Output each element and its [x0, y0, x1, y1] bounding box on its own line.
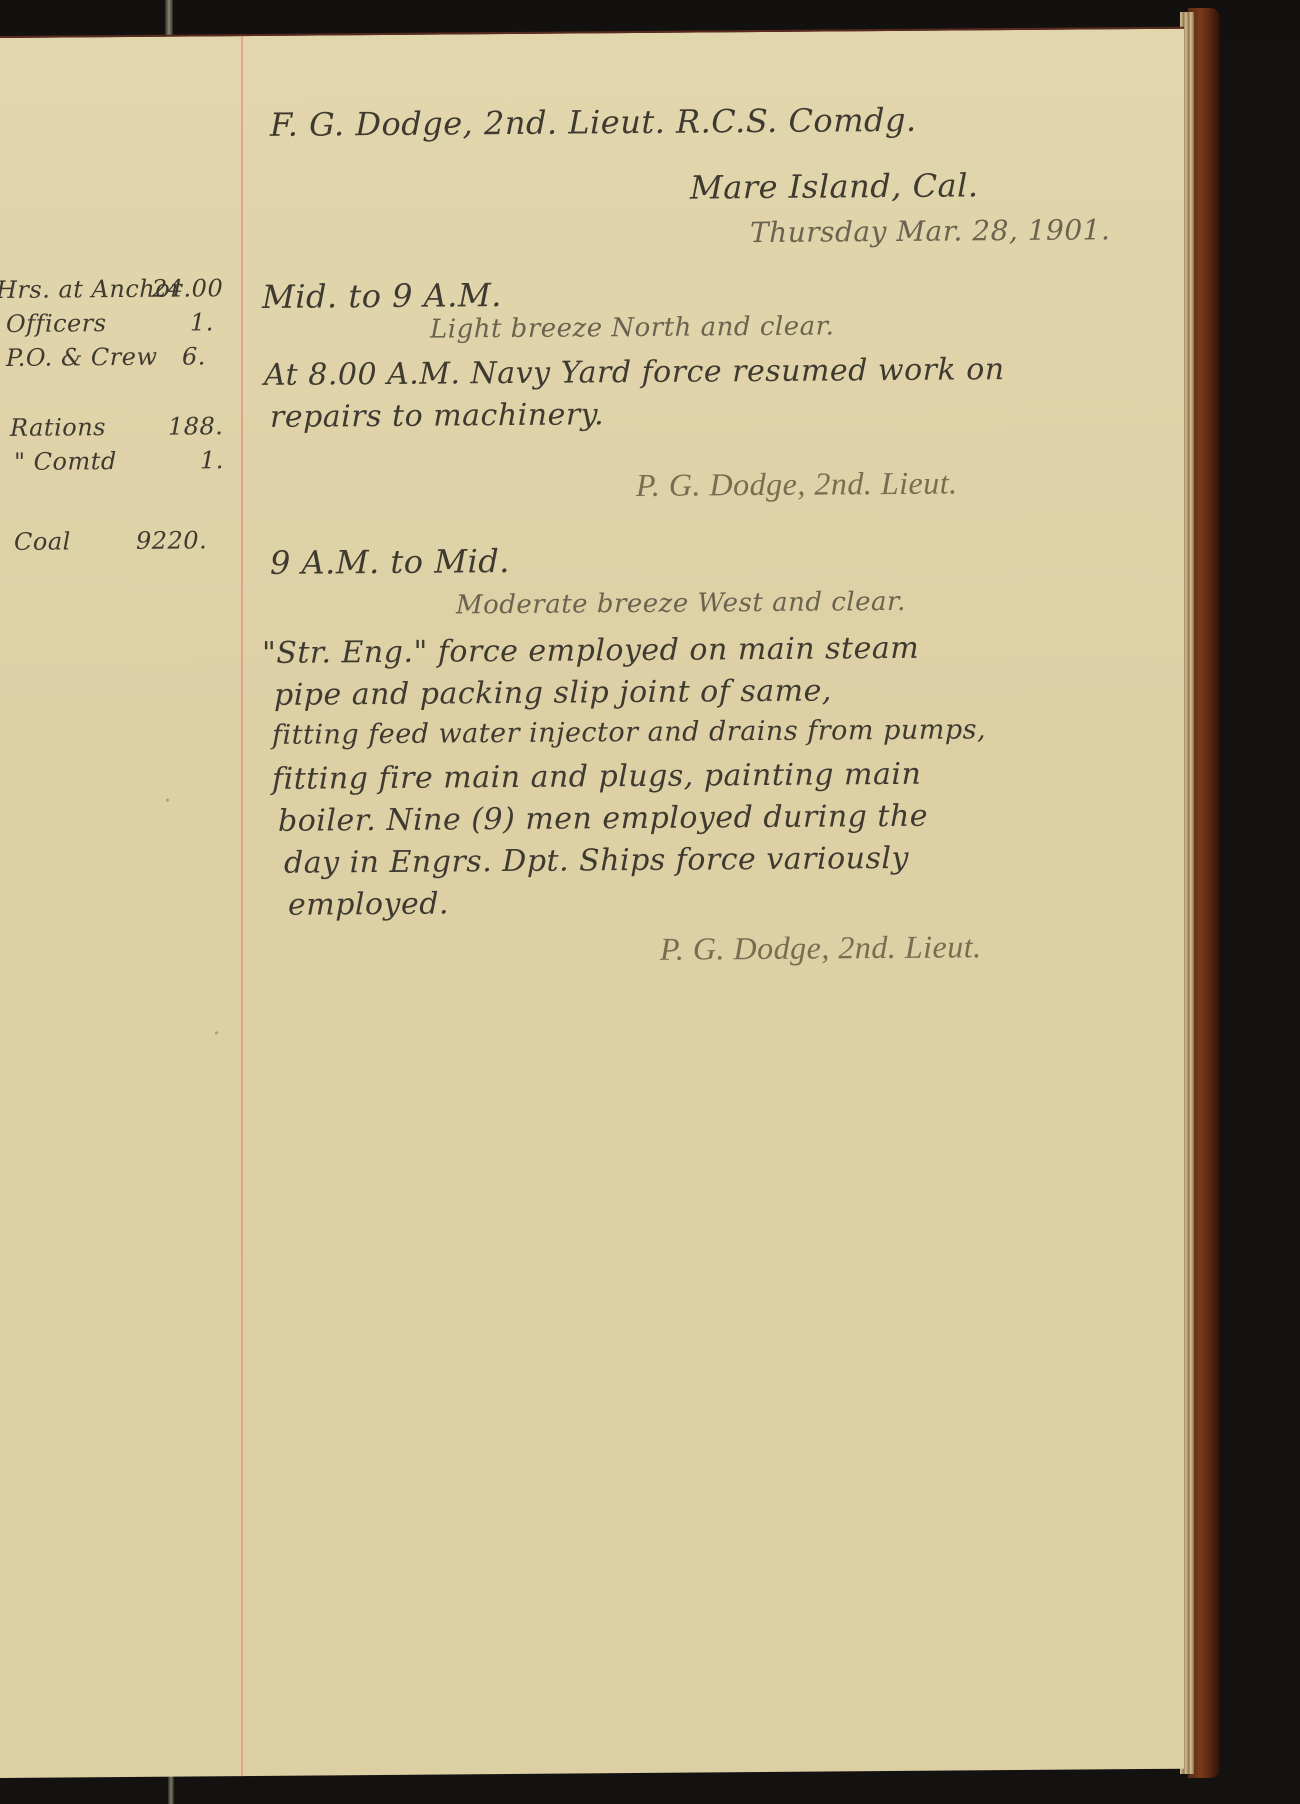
entry-watch: Mid. to 9 A.M. — [262, 276, 502, 316]
entry-line: "Str. Eng." force employed on main steam — [262, 631, 919, 671]
ledger-value-hours-at-anchor: 24.00 — [152, 274, 223, 303]
ledger-label-coal: Coal — [14, 527, 71, 555]
entry-line: fitting feed water injector and drains f… — [272, 714, 986, 751]
entry-line: repairs to machinery. — [270, 397, 604, 435]
entry-line: fitting fire main and plugs, painting ma… — [272, 757, 921, 797]
date: Thursday Mar. 28, 1901. — [750, 213, 1110, 249]
entry-line: pipe and packing slip joint of same, — [274, 673, 832, 712]
log-page: F. G. Dodge, 2nd. Lieut. R.C.S. Comdg. M… — [0, 27, 1184, 1778]
margin-rule — [241, 36, 243, 1776]
ledger-value-commuted: 1. — [200, 446, 224, 474]
entry-signature: P. G. Dodge, 2nd. Lieut. — [660, 928, 982, 968]
entry-weather: Moderate breeze West and clear. — [456, 587, 906, 621]
entry-line: At 8.00 A.M. Navy Yard force resumed wor… — [264, 352, 1005, 393]
ledger-label-commuted: " Comtd — [14, 447, 117, 476]
ledger-value-officers: 1. — [190, 308, 214, 336]
entry-line: day in Engrs. Dpt. Ships force variously — [284, 841, 909, 881]
entry-line: boiler. Nine (9) men employed during the — [278, 799, 928, 839]
ledger-label-officers: Officers — [6, 309, 107, 338]
entry-line: employed. — [288, 886, 449, 922]
ledger-value-rations: 188. — [168, 412, 223, 440]
entry-watch: 9 A.M. to Mid. — [270, 542, 510, 582]
entry-signature: P. G. Dodge, 2nd. Lieut. — [636, 464, 958, 504]
entry-weather: Light breeze North and clear. — [430, 311, 834, 344]
header-commander-line: F. G. Dodge, 2nd. Lieut. R.C.S. Comdg. — [270, 101, 917, 144]
paper-speck — [166, 799, 169, 802]
ledger-label-po-crew: P.O. & Crew — [6, 343, 158, 372]
paper-speck — [215, 1031, 218, 1034]
ledger-value-po-crew: 6. — [182, 342, 206, 370]
ledger-label-rations: Rations — [10, 413, 106, 442]
ledger-value-coal: 9220. — [136, 526, 207, 555]
location: Mare Island, Cal. — [690, 166, 979, 206]
scan-divider-bottom — [168, 1776, 174, 1804]
